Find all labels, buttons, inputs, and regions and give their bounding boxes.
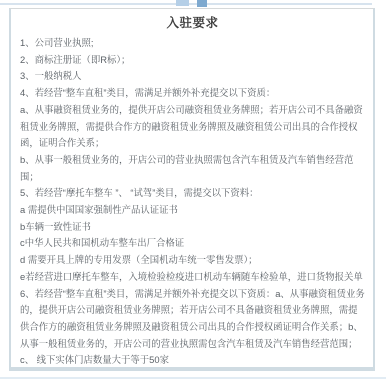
requirement-item-1: 1、公司营业执照;	[20, 35, 365, 52]
page-title: 入驻要求	[20, 15, 365, 32]
requirements-panel: 入驻要求 1、公司营业执照; 2、商标注册证（即R标）； 3、一般纳税人 4、若…	[9, 8, 375, 371]
requirement-item-4a: a、从事融资租赁业务的，提供开店公司融资租赁业务牌照；若开店公司不具备融资租赁业…	[20, 102, 365, 152]
requirement-item-5b: b车辆一致性证书	[20, 219, 365, 236]
page: 入驻要求 1、公司营业执照; 2、商标注册证（即R标）； 3、一般纳税人 4、若…	[0, 0, 386, 381]
requirement-item-5e: e若经营进口摩托车整车，入境检验检疫进口机动车辆随车检验单，进口货物报关单	[20, 269, 365, 286]
requirement-item-4: 4、若经营“整车直租”类目，需满足并额外补充提交以下资质：	[20, 85, 365, 102]
bottom-divider-line	[0, 377, 386, 379]
requirements-list: 1、公司营业执照; 2、商标注册证（即R标）； 3、一般纳税人 4、若经营“整车…	[20, 35, 365, 369]
requirement-item-4b: b、从事一般租赁业务的，开店公司的营业执照需包含汽车租赁及汽车销售经营范围；	[20, 152, 365, 185]
cutoff-element-dark-blue	[197, 0, 207, 7]
requirement-item-5: 5、若经营“摩托车整车 ”、 “试驾”类目，需提交以下资料：	[20, 185, 365, 202]
requirement-item-2: 2、商标注册证（即R标）；	[20, 52, 365, 69]
requirement-item-6: 6、若经营“整车直租”类目，需满足并额外补充提交以下资质：a、从事融资租赁业务的…	[20, 286, 365, 370]
requirement-item-5c: c中华人民共和国机动车整车出厂合格证	[20, 235, 365, 252]
requirement-item-5d: d 需要开具上牌的专用发票（全国机动车统一零售发票）；	[20, 252, 365, 269]
requirement-item-5a: a 需提供中国国家强制性产品认证证书	[20, 202, 365, 219]
cutoff-element-light-blue	[176, 0, 189, 6]
requirement-item-3: 3、一般纳税人	[20, 68, 365, 85]
